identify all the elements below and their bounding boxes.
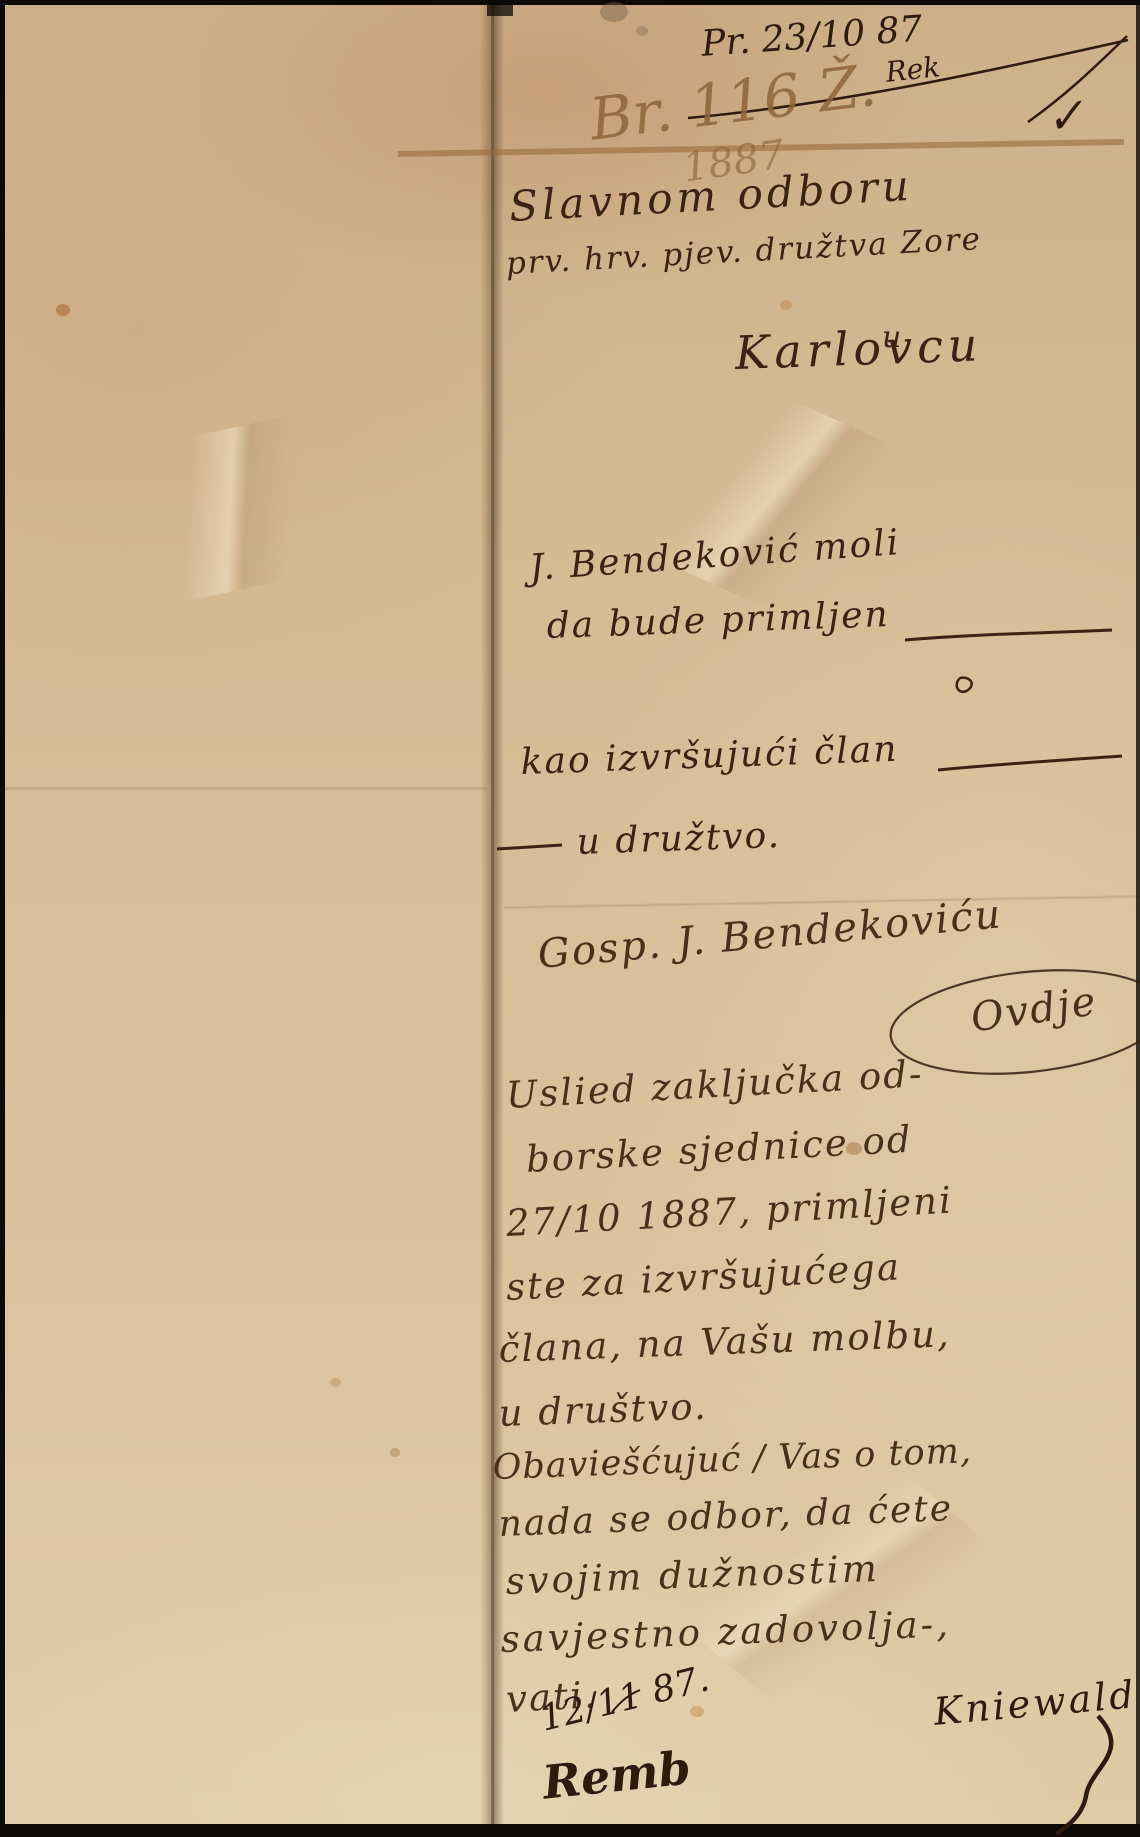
scanned-letter-page: Pr. 23/10 87 Rek Br. 116 Ž. ✓ 1887 Slavn… xyxy=(0,0,1140,1837)
small-loop-flourish xyxy=(957,678,972,692)
address-line-4: Karlovcu xyxy=(734,317,983,380)
clerk-initials: Rek xyxy=(884,50,942,89)
summary-line-4: u družtvo. xyxy=(576,815,782,863)
signature-brace-flourish xyxy=(1056,1716,1111,1834)
dash-after-clan xyxy=(938,756,1122,770)
dash-before-u-druztvo xyxy=(497,845,562,849)
checkmark: ✓ xyxy=(1042,87,1088,146)
dash-after-primljen xyxy=(905,630,1112,640)
reply-body-line: u društvo. xyxy=(498,1385,708,1435)
